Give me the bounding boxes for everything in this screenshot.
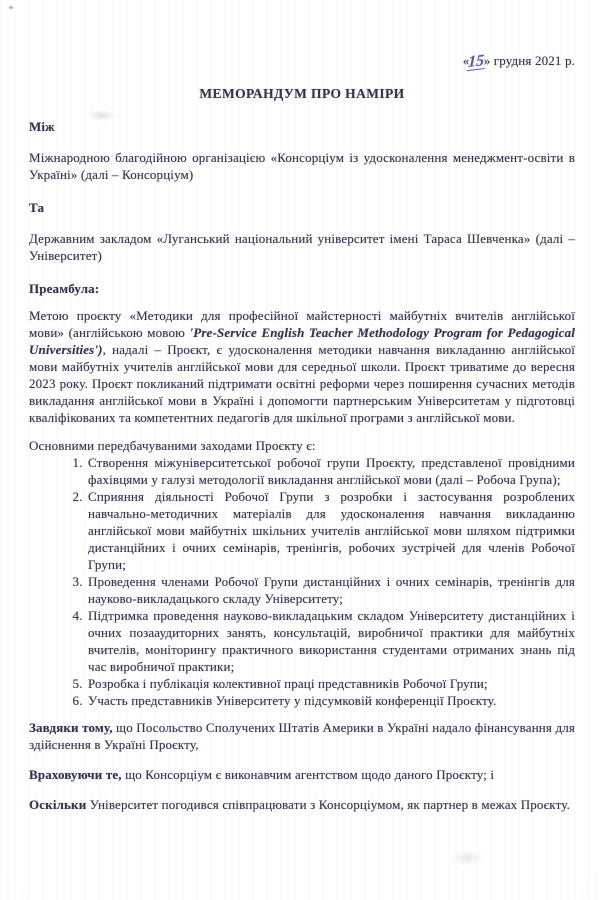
activity-item: Підтримка проведення науково-викладацьки… — [86, 607, 575, 675]
whereas-partnership: Оскільки Університет погодився співпрацю… — [29, 796, 575, 813]
document-content: «15» грудня 2021 р. МЕМОРАНДУМ ПРО НАМІР… — [0, 0, 600, 813]
activities-list: Створення міжуніверситетської робочої гр… — [29, 454, 575, 709]
whereas-agency: Враховуючи те, що Консорціум є виконавчи… — [29, 766, 575, 783]
whereas-lead: Враховуючи те, — [29, 767, 122, 782]
between-label: Між — [29, 118, 575, 135]
activities-intro: Основними передбачуваними заходами Проєк… — [29, 437, 575, 454]
scan-smudge-bottom — [450, 850, 484, 866]
party-university: Державним закладом «Луганський національ… — [29, 230, 575, 264]
whereas-text: що Консорціум є виконавчим агентством що… — [122, 767, 494, 782]
activity-item: Створення міжуніверситетської робочої гр… — [86, 454, 575, 488]
date-text: » грудня 2021 р. — [484, 53, 575, 68]
scanned-document-page: «15» грудня 2021 р. МЕМОРАНДУМ ПРО НАМІР… — [0, 0, 600, 900]
activity-item: Проведення членами Робочої Групи дистанц… — [86, 573, 575, 607]
whereas-lead: Оскільки — [29, 797, 86, 812]
activity-item: Розробка і публікація колективної праці … — [86, 675, 575, 692]
activity-item: Участь представників Університету у підс… — [86, 692, 575, 709]
whereas-funding: Завдяки тому, що Посольство Сполучених Ш… — [29, 719, 575, 753]
whereas-text: Університет погодився співпрацювати з Ко… — [86, 797, 570, 812]
party-consortium: Міжнародною благодійною організацією «Ко… — [29, 149, 575, 183]
preamble-paragraph: Метою проєкту «Методики для професійної … — [29, 307, 575, 426]
preamble-label: Преамбула: — [29, 280, 575, 297]
preamble-text-end: , надалі – Проєкт, є удосконалення метод… — [29, 342, 575, 425]
whereas-lead: Завдяки тому, — [29, 720, 113, 735]
document-title: МЕМОРАНДУМ ПРО НАМІРИ — [29, 85, 575, 102]
and-label: Та — [29, 199, 575, 216]
activity-item: Сприяння діяльності Робочої Групи з розр… — [86, 488, 575, 573]
handwritten-day: 15 — [467, 54, 486, 71]
date-line: «15» грудня 2021 р. — [29, 0, 575, 69]
